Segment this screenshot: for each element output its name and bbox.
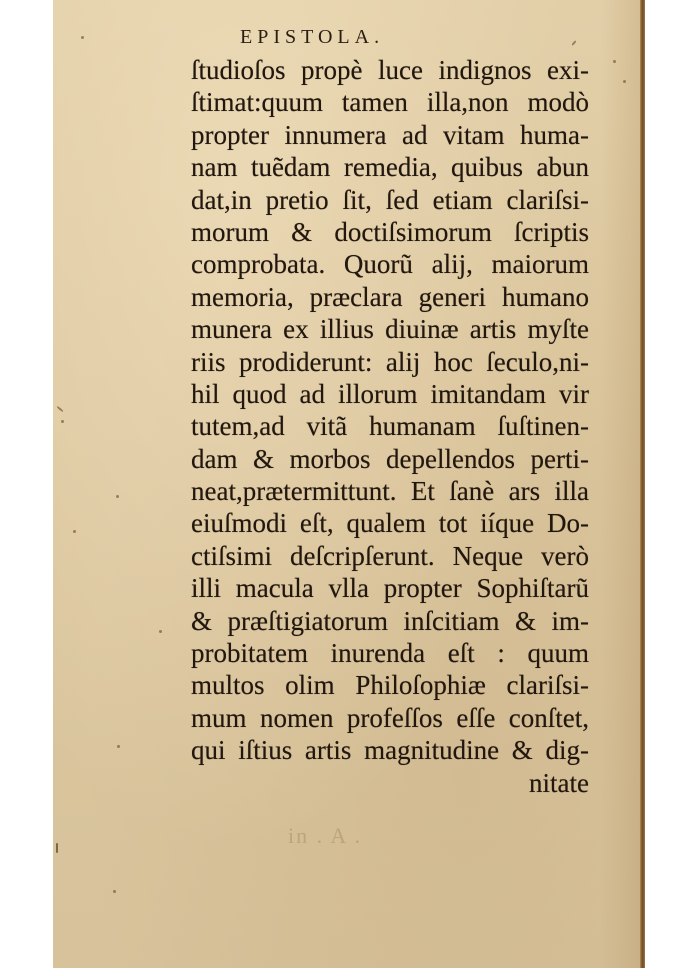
text-line: memoria, præclara generi humano [191, 281, 589, 313]
paper-fleck [73, 530, 76, 533]
paper-fleck [56, 406, 63, 413]
text-line: ctiſsimi deſcripſerunt. Neque verò [191, 540, 589, 572]
paper-fleck [81, 36, 84, 39]
gutter-shadow [600, 0, 640, 968]
paper-fleck [159, 630, 162, 633]
running-head: EPISTOLA. [240, 26, 480, 49]
text-line: comprobata. Quorũ alij, maiorum [191, 248, 589, 280]
bleed-through-text: in . A . [288, 823, 362, 849]
text-line: morum & doctiſsimorum ſcriptis [191, 216, 589, 248]
paper-fleck [116, 495, 119, 498]
catchword: nitate [191, 767, 589, 799]
text-line: propter innumera ad vitam huma- [191, 119, 589, 151]
text-line: riis prodiderunt: alij hoc ſeculo,ni- [191, 346, 589, 378]
paper-fleck [613, 60, 616, 63]
text-line: eiuſmodi eſt, qualem tot iíque Do- [191, 507, 589, 539]
text-line: mum nomen profeſſos eſſe conſtet, [191, 702, 589, 734]
text-line: ſtimat:quum tamen illa,non modò [191, 86, 589, 118]
text-line: ſtudioſos propè luce indignos exi- [191, 54, 589, 86]
text-line: illi macula vlla propter Sophiſtarũ [191, 572, 589, 604]
text-line: tutem,ad vitã humanam ſuſtinen- [191, 410, 589, 442]
text-line: hil quod ad illorum imitandam vir [191, 378, 589, 410]
page-edge [640, 0, 645, 968]
text-line: qui iſtius artis magnitudine & dig- [191, 734, 589, 766]
paper-fleck [117, 745, 120, 748]
paper-fleck [113, 890, 116, 893]
text-line: & præſtigiatorum inſcitiam & im- [191, 605, 589, 637]
text-line: dam & morbos depellendos perti- [191, 443, 589, 475]
text-line: dat,in pretio ſit, ſed etiam clariſsi- [191, 184, 589, 216]
text-line: munera ex illius diuinæ artis myſte [191, 313, 589, 345]
body-text: ſtudioſos propè luce indignos exi- ſtima… [191, 54, 589, 799]
text-line: neat,prætermittunt. Et ſanè ars illa [191, 475, 589, 507]
paper-fleck [56, 843, 58, 853]
text-line: multos olim Philoſophiæ clariſsi- [191, 669, 589, 701]
paper-fleck [571, 40, 576, 46]
paper-fleck [61, 420, 64, 423]
text-line: nam tuẽdam remedia, quibus abun [191, 151, 589, 183]
text-line: probitatem inurenda eſt : quum [191, 637, 589, 669]
paper-fleck [623, 80, 626, 83]
